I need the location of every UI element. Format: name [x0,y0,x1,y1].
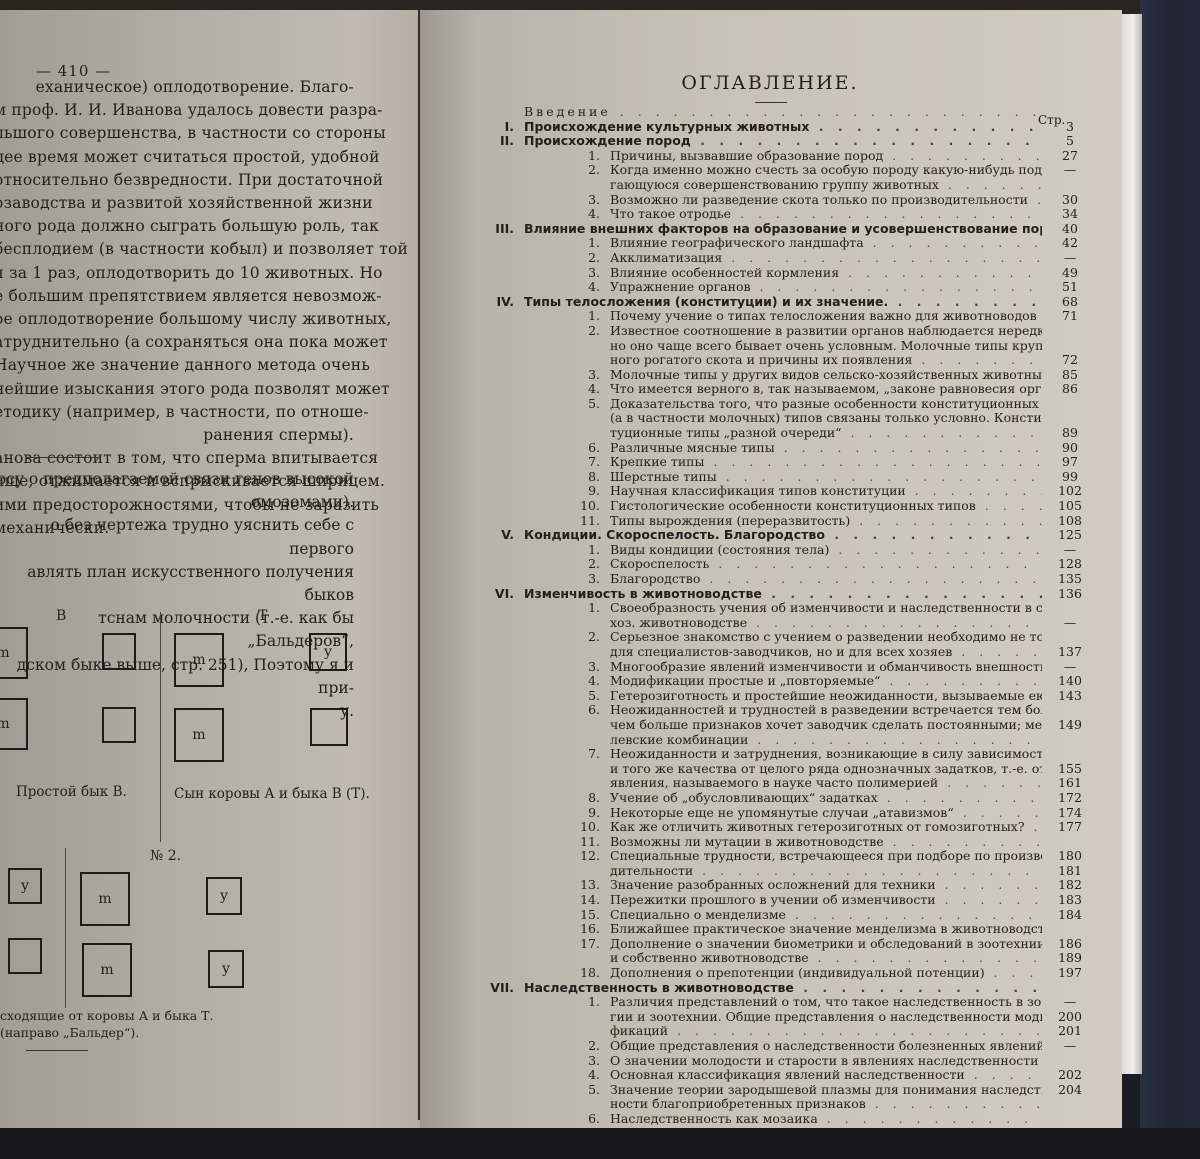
dot-leader: . . . . . . . . . . . . . . . . . . . . … [850,514,1042,528]
toc-entry-number: 17. [560,937,600,952]
toc-chapter: VI.Изменчивость в животноводстве . . . .… [460,587,1110,602]
toc-entry-page: 51 [1050,280,1090,295]
toc-entry-number: 7. [560,455,600,470]
toc-entry-page: 3 [1050,120,1090,135]
toc-entry: 8.Учение об „обусловливающих“ задатках .… [460,791,1110,806]
toc-entry: 4.Модификации простые и „повторяемые“ . … [460,674,1110,689]
toc-entry: 7.Крепкие типы . . . . . . . . . . . . .… [460,455,1110,470]
gene-box-empty [102,633,136,670]
dot-leader: . . . . . . . . . . . . . . . . . . . . … [1037,309,1042,323]
toc-entry-title: Гетерозиготность и простейшие неожиданно… [610,689,1042,704]
toc-entry-page: 42 [1050,236,1090,251]
toc-entry-number: I. [460,120,514,135]
toc-entry: 3.Молочные типы у других видов сельско-х… [460,368,1110,383]
toc-entry-number: V. [460,528,514,543]
toc-entry-number: 8. [560,791,600,806]
toc-entry-page: 201 [1050,1024,1090,1039]
toc-entry-title: (а в частности молочных) типов связаны т… [610,411,1042,426]
toc-entry-page: 140 [1050,674,1090,689]
gene-box-m: m [80,872,130,926]
toc-entry-title: Значение теории зародышевой плазмы для п… [610,1083,1042,1098]
dot-leader: . . . . . . . . . . . . . . . . . . . . … [668,1024,1042,1038]
toc-entry-page: 40 [1050,222,1090,237]
toc-entry: 10.Как же отличить животных гетерозиготн… [460,820,1110,835]
toc-entry-title: ного рогатого скота и причины их появлен… [610,353,1042,368]
toc-entry-page: — [1050,1039,1090,1054]
toc-entry-page: 143 [1050,689,1090,704]
toc-entry: 17.Дополнение о значении биометрики и об… [460,937,1110,952]
toc-entry: 2.Когда именно можно счесть за особую по… [460,163,1110,178]
toc-entry-title: О значении молодости и старости в явлени… [610,1054,1042,1069]
toc-entry-title: Влияние особенностей кормления . . . . .… [610,266,1042,281]
toc-entry-page: 108 [1050,514,1090,529]
toc-entry-number: 6. [560,1112,600,1127]
dot-leader: . . . . . . . . . . . . . . . . . . . . … [818,1112,1042,1126]
toc-entry-title: Благородство . . . . . . . . . . . . . .… [610,572,1042,587]
text-line: ранения спермы). [0,424,354,447]
dot-leader: . . . . . . . . . . . . . . . . . . . . … [691,134,1042,148]
toc-entry-number: 4. [560,382,600,397]
toc-entry-page: 102 [1050,484,1090,499]
toc-entry-title: Серьезное знакомство с учением о разведе… [610,630,1042,645]
toc-entry-number: VI. [460,587,514,602]
toc-entry-number: 3. [560,572,600,587]
dot-leader: . . . . . . . . . . . . . . . . . . . . … [938,776,1042,790]
toc-entry: 1.Влияние географического ландшафта . . … [460,236,1110,251]
toc-entry-title: Происхождение пород . . . . . . . . . . … [524,134,1042,149]
toc-entry-title: Различия представлений о том, что такое … [610,995,1042,1010]
toc-entry-number: 3. [560,193,600,208]
toc-entry-number: 3. [560,266,600,281]
toc-entry-title: ности благоприобретенных признаков . . .… [610,1097,1042,1112]
toc-entry-title: Ближайшее практическое значение менделиз… [610,922,1042,937]
toc-entry: хоз. животноводстве . . . . . . . . . . … [460,616,1110,631]
toc-entry-title: и собственно животноводстве . . . . . . … [610,951,1042,966]
gene-box-y: у [309,633,347,671]
dot-leader: . . . . . . . . . . . . . . . . . . . . … [717,470,1042,484]
section-divider [26,457,98,458]
toc-entry-title: Происхождение культурных животных . . . … [524,120,1042,135]
toc-entry-number: 6. [560,441,600,456]
gene-box-m: m [174,633,224,687]
text-line: бесплодием (в частности кобыл) и позволя… [0,238,354,261]
dot-leader: . . . . . . . . . . . . . . . . . . . . … [809,120,1042,134]
toc-entry-number: 11. [560,514,600,529]
toc-entry-title: гии и зоотехнии. Общие представления о н… [610,1010,1042,1025]
text-line: атруднительно (а сохраняться она пока мо… [0,331,354,354]
toc-entry-page: 186 [1050,937,1090,952]
toc-entry-page: 189 [1050,951,1090,966]
toc-entry-number: 9. [560,806,600,821]
toc-entry-title: Кондиции. Скороспелость. Благородство . … [524,528,1042,543]
toc-entry-title: Доказательства того, что разные особенно… [610,397,1042,412]
toc-entry: 4.Упражнение органов . . . . . . . . . .… [460,280,1110,295]
toc-entry-title: Специально о менделизме . . . . . . . . … [610,908,1042,923]
text-line: озаводства и развитой хозяйственной жизн… [0,192,354,215]
caption-balder: (направо „Бальдер“). [0,1025,139,1040]
dot-leader: . . . . . . . . . . . . . . . . . . . . … [939,178,1042,192]
toc-entry-page: 128 [1050,557,1090,572]
toc-entry: 4.Что имеется верного в, так называемом,… [460,382,1110,397]
toc-entry: 1.Причины, вызвавшие образование пород .… [460,149,1110,164]
toc-entry: 2.Известное соотношение в развитии орган… [460,324,1110,339]
toc-entry-number: 4. [560,674,600,689]
toc-entry-number: 2. [560,557,600,572]
toc-entry: 4.Основная классификация явлений наследс… [460,1068,1110,1083]
toc-entry-title: Когда именно можно счесть за особую поро… [610,163,1042,178]
dot-leader: . . . . . . . . . . . . . . . . . . . . … [842,426,1042,440]
toc-entry-number: IV. [460,295,514,310]
toc-entry-page: 27 [1050,149,1090,164]
toc-entry-number: III. [460,222,514,237]
toc-entry-page: 202 [1050,1068,1090,1083]
toc-entry: 2.Акклиматизация . . . . . . . . . . . .… [460,251,1110,266]
text-line: льшого совершенства, в частности со стор… [0,122,354,145]
dot-leader: . . . . . . . . . . . . . . . . . . . . … [880,674,1042,688]
toc-entry-number: 2. [560,630,600,645]
text-line: ного рода должно сыграть большую роль, т… [0,215,354,238]
toc-entry-title: Пережитки прошлого в учении об изменчиво… [610,893,1042,908]
dot-leader: . . . . . . . . . . . . . . . . . . . . … [809,951,1042,965]
gene-box-y: у [8,868,42,904]
toc-entry: 12.Специальные трудности, встречающееся … [460,849,1110,864]
toc-entry-title: Влияние внешних факторов на образование … [524,222,1042,237]
toc-entry: 14.Пережитки прошлого в учении об изменч… [460,893,1110,908]
caption-son: Сын коровы А и быка В (Т). [174,786,370,802]
toc-entry-page: — [1050,995,1090,1010]
toc-entry-title: Как же отличить животных гетерозиготных … [610,820,1042,835]
dot-leader: . . . . . . . . . . . . . . . . . . . . … [912,353,1042,367]
toc-entry-title: Многообразие явлений изменчивости и обма… [610,660,1042,675]
toc-entry-number: 18. [560,966,600,981]
toc-entry-title: Возможны ли мутации в животноводстве . .… [610,835,1042,850]
toc-entry: 6.Наследственность как мозаика . . . . .… [460,1112,1110,1127]
toc-entry-number: 1. [560,601,600,616]
toc-chapter: IV.Типы телосложения (конституции) и их … [460,295,1110,310]
dot-leader: . . . . . . . . . . . . . . . . . . . . … [704,455,1042,469]
toc-entry-number: 3. [560,368,600,383]
toc-entry-page: 99 [1050,470,1090,485]
gene-box-y: у [206,877,242,915]
dot-leader: . . . . . . . . . . . . . . . . . . . . … [748,733,1042,747]
toc-entry-title: хоз. животноводстве . . . . . . . . . . … [610,616,1042,631]
diagram-label-t: Т [258,608,267,624]
toc-entry: 6.Неожиданностей и трудностей в разведен… [460,703,1110,718]
toc-entry-title: фикаций . . . . . . . . . . . . . . . . … [610,1024,1042,1039]
toc-entry: дительности . . . . . . . . . . . . . . … [460,864,1110,879]
dot-leader: . . . . . . . . . . . . . . . . . . . . … [762,587,1042,601]
toc-entry-page: 71 [1050,309,1090,324]
toc-entry: 9.Научная классификация типов конституци… [460,484,1110,499]
toc-entry-title: для специалистов-заводчиков, но и для вс… [610,645,1042,660]
toc-entry-page: 149 [1050,718,1090,733]
toc-entry: туционные типы „разной очереди“ . . . . … [460,426,1110,441]
toc-entry-page: 204 [1050,1083,1090,1098]
dot-leader: . . . . . . . . . . . . . . . . . . . . … [936,878,1042,892]
toc-entry: 7.Неожиданности и затруднения, возникающ… [460,747,1110,762]
dot-leader: . . . . . . . . . . . . . . . . . . . . … [700,572,1042,586]
toc-entry: гающуюся совершенствованию группу животн… [460,178,1110,193]
toc-entry-page: 180 [1050,849,1090,864]
toc-entry-title: Наследственность в животноводстве . . . … [524,981,1042,996]
toc-entry: ности благоприобретенных признаков . . .… [460,1097,1110,1112]
dot-leader: . . . . . . . . . . . . . . . . . . . . … [888,295,1042,309]
book-bottom-shadow [0,1128,1200,1159]
toc-entry-title: Специальные трудности, встречающееся при… [610,849,1042,864]
text-line: осу о предполагаемой связи генов высокой [0,468,354,491]
toc-entry-title: Различные мясные типы . . . . . . . . . … [610,441,1042,456]
dot-leader: . . . . . . . . . . . . . . . . . . . . … [936,893,1042,907]
toc-entry-title: но оно чаще всего бывает очень условным.… [610,339,1042,354]
toc-entry-title: Дополнение о значении биометрики и обсле… [610,937,1042,952]
toc-entry-page: — [1050,543,1090,558]
caption-simple-bull: Простой бык В. [16,784,127,800]
toc-chapter: II.Происхождение пород . . . . . . . . .… [460,134,1110,149]
toc-chapter: III.Влияние внешних факторов на образова… [460,222,1110,237]
toc-entry-title: Неожиданностей и трудностей в разведении… [610,703,1042,718]
toc-entry-page: 177 [1050,820,1090,835]
dot-leader: . . . . . . . . . . . . . . . . . . . . … [775,441,1042,455]
toc-entry: 2.Скороспелость . . . . . . . . . . . . … [460,557,1110,572]
toc-entry-number: 14. [560,893,600,908]
toc-entry-page: 136 [1050,587,1090,602]
toc-entry-title: дительности . . . . . . . . . . . . . . … [610,864,1042,879]
toc-entry-number: 6. [560,703,600,718]
dot-leader: . . . . . . . . . . . . . . . . . . . . … [839,266,1042,280]
toc-entry-page: 200 [1050,1010,1090,1025]
toc-entry-number: 2. [560,163,600,178]
toc-entry: 13.Значение разобранных осложнений для т… [460,878,1110,893]
toc-entry: 1.Различия представлений о том, что тако… [460,995,1110,1010]
toc-entry: чем больше признаков хочет заводчик сдел… [460,718,1110,733]
toc-chapter: V.Кондиции. Скороспелость. Благородство … [460,528,1110,543]
toc-entry: для специалистов-заводчиков, но и для вс… [460,645,1110,660]
dot-leader: . . . . . . . . . . . . . . . . . . . . … [878,791,1042,805]
toc-entry-title: Причины, вызвавшие образование пород . .… [610,149,1042,164]
text-line: м проф. И. И. Иванова удалось довести ра… [0,99,354,122]
toc-entry-page: 184 [1050,908,1090,923]
text-line: относительно безвредности. При достаточн… [0,169,354,192]
toc-entry-title: Значение разобранных осложнений для техн… [610,878,1042,893]
dot-leader: . . . . . . . . . . . . . . . . . . . . … [965,1068,1042,1082]
toc-entry-title: Общие представления о наследственности б… [610,1039,1042,1054]
toc-entry-page: 5 [1050,134,1090,149]
page-stack-edge [1120,14,1142,1074]
text-line: анова состоит в том, что сперма впитывае… [0,447,354,470]
toc-entry: 8.Шерстные типы . . . . . . . . . . . . … [460,470,1110,485]
toc-entry: 1.Почему учение о типах телосложения важ… [460,309,1110,324]
right-page: ОГЛАВЛЕНИЕ. Стр. Введение . . . . . . . … [420,10,1122,1130]
toc-entry-number: II. [460,134,514,149]
text-line: Научное же значение данного метода очень [0,354,354,377]
toc-entry-title: Основная классификация явлений наследств… [610,1068,1042,1083]
toc-entry-number: 10. [560,820,600,835]
toc-entry-number: 5. [560,1083,600,1098]
dot-leader: . . . . . . . . . . . . . . . . . . . . … [884,835,1042,849]
toc-chapter: VII.Наследственность в животноводстве . … [460,981,1110,996]
toc-entry-page: — [1050,251,1090,266]
text-line: омозомами). [0,491,354,514]
dot-leader: . . . . . . . . . . . . . . . . . . . . … [952,645,1042,659]
toc-entry-title: Своеобразность учения об изменчивости и … [610,601,1042,616]
toc-entry-number: 2. [560,1039,600,1054]
toc-entry-title: Почему учение о типах телосложения важно… [610,309,1042,324]
gene-box-m: m [174,708,224,762]
text-line: я за 1 раз, оплодотворить до 10 животных… [0,262,354,285]
toc-entry-title: Наследственность как мозаика . . . . . .… [610,1112,1042,1127]
gene-box-y: у [208,950,244,988]
text-line: авлять план искусственного получения бык… [0,561,354,607]
toc-entry: 3.Возможно ли разведение скота только по… [460,193,1110,208]
dot-leader: . . . . . . . . . . . . . . . . . . . . … [693,864,1042,878]
toc-entry-number: 1. [560,236,600,251]
dot-leader: . . . . . . . . . . . . . . . . . . . . … [1028,193,1042,207]
toc-entry-title: Некоторые еще не упомянутые случаи „атав… [610,806,1042,821]
toc-entry-page: 183 [1050,893,1090,908]
toc-entry-title: и того же качества от целого ряда однозн… [610,762,1042,777]
dot-leader: . . . . . . . . . . . . . . . . . . . . … [731,207,1042,221]
dot-leader: . . . . . . . . . . . . . . . . . . . . … [866,1097,1042,1111]
toc-entry-page: — [1050,163,1090,178]
toc-entry-title: левские комбинации . . . . . . . . . . .… [610,733,1042,748]
toc-entry-title: Гистологические особенности конституцион… [610,499,1042,514]
toc-entry-page: 182 [1050,878,1090,893]
toc-entry: 3.Благородство . . . . . . . . . . . . .… [460,572,1110,587]
dot-leader: . . . . . . . . . . . . . . . . . . . . … [976,499,1042,513]
toc-intro: Введение . . . . . . . . . . . . . . . .… [460,105,1110,120]
dot-leader: . . . . . . . . . . . . . . . . . . . . … [611,105,1042,119]
dot-leader: . . . . . . . . . . . . . . . . . . . . … [1039,397,1042,411]
toc-entry: но оно чаще всего бывает очень условным.… [460,339,1110,354]
toc-entry-page: 105 [1050,499,1090,514]
toc-entry-title: Неожиданности и затруднения, возникающие… [610,747,1042,762]
toc-entry-page: 135 [1050,572,1090,587]
gene-box-m: m [0,698,28,750]
toc-entry: левские комбинации . . . . . . . . . . .… [460,733,1110,748]
toc-entry-number: 1. [560,543,600,558]
toc-entry-number: 4. [560,280,600,295]
dot-leader: . . . . . . . . . . . . . . . . . . . . … [722,251,1042,265]
toc-entry: ного рогатого скота и причины их появлен… [460,353,1110,368]
toc-entry-number: 12. [560,849,600,864]
diagram-divider [65,848,66,1008]
dot-leader: . . . . . . . . . . . . . . . . . . . . … [829,543,1042,557]
toc-entry: 15.Специально о менделизме . . . . . . .… [460,908,1110,923]
toc-entry: 2.Общие представления о наследственности… [460,1039,1110,1054]
toc-entry: 11.Типы вырождения (переразвитость) . . … [460,514,1110,529]
toc-entry-number: 8. [560,470,600,485]
toc-entry-title: Молочные типы у других видов сельско-хоз… [610,368,1042,383]
toc-entry-title: Что имеется верного в, так называемом, „… [610,382,1042,397]
dot-leader: . . . . . . . . . . . . . . . . . . . . … [883,149,1042,163]
dot-leader: . . . . . . . . . . . . . . . . . . . . … [786,908,1042,922]
text-line: етодику (например, в частности, по отнош… [0,401,354,424]
toc-entry: 6.Различные мясные типы . . . . . . . . … [460,441,1110,456]
toc-entry-page: 125 [1050,528,1090,543]
toc-entry-title: Модификации простые и „повторяемые“ . . … [610,674,1042,689]
toc-entry-number: 2. [560,251,600,266]
toc-entry-number: 11. [560,835,600,850]
toc-entry-title: Учение об „обусловливающих“ задатках . .… [610,791,1042,806]
toc-entry-number: 16. [560,922,600,937]
toc-entry-page: 86 [1050,382,1090,397]
toc-entry: 1.Виды кондиции (состояния тела) . . . .… [460,543,1110,558]
toc-entry-title: Влияние географического ландшафта . . . … [610,236,1042,251]
toc-entry-title: Крепкие типы . . . . . . . . . . . . . .… [610,455,1042,470]
toc-entry-page: 89 [1050,426,1090,441]
toc-entry-number: 4. [560,207,600,222]
toc-entry-page: — [1050,660,1090,675]
toc-entry-page: 90 [1050,441,1090,456]
toc-entry-title: явления, называемого в науке часто полим… [610,776,1042,791]
toc-entry-number: 1. [560,995,600,1010]
toc-entry: 4.Что такое отродье . . . . . . . . . . … [460,207,1110,222]
gene-box-empty [102,707,136,743]
diagram-2-label: № 2. [150,848,181,864]
toc-entry: и того же качества от целого ряда однозн… [460,762,1110,777]
toc-entry-title: Упражнение органов . . . . . . . . . . .… [610,280,1042,295]
toc-entry-title: Акклиматизация . . . . . . . . . . . . .… [610,251,1042,266]
toc-entry-number: 1. [560,149,600,164]
toc-entry: 1.Своеобразность учения об изменчивости … [460,601,1110,616]
toc-entry-page: 172 [1050,791,1090,806]
toc-entry-page: 85 [1050,368,1090,383]
toc-title: ОГЛАВЛЕНИЕ. [620,72,920,94]
toc-entry-page: 49 [1050,266,1090,281]
toc-entry-number: 15. [560,908,600,923]
toc-entry: и собственно животноводстве . . . . . . … [460,951,1110,966]
toc-entry-page: 30 [1050,193,1090,208]
toc-entry-title: Шерстные типы . . . . . . . . . . . . . … [610,470,1042,485]
toc-entry-title: Виды кондиции (состояния тела) . . . . .… [610,543,1042,558]
text-line: ое оплодотворение большому числу животны… [0,308,354,331]
dot-leader: . . . . . . . . . . . . . . . . . . . . … [825,528,1042,542]
toc-entry-number: 10. [560,499,600,514]
toc-entry-title: Что такое отродье . . . . . . . . . . . … [610,207,1042,222]
toc-entry-number: 2. [560,324,600,339]
text-line: еханическое) оплодотворение. Благо- [0,76,354,99]
toc-entry-page: 197 [1050,966,1090,981]
text-line: е большим препятствием является невозмож… [0,285,354,308]
diagram-divider [160,612,161,842]
toc-entry: 2.Серьезное знакомство с учением о разве… [460,630,1110,645]
toc-entry-number: 3. [560,660,600,675]
dot-leader: . . . . . . . . . . . . . . . . . . . . … [954,806,1042,820]
toc-entry-title: Изменчивость в животноводстве . . . . . … [524,587,1042,602]
toc-entry: 5.Значение теории зародышевой плазмы для… [460,1083,1110,1098]
toc-entry: 3.Влияние особенностей кормления . . . .… [460,266,1110,281]
toc-entry-page: 137 [1050,645,1090,660]
toc-entry-number: 5. [560,397,600,412]
diagram-divider [160,810,161,840]
toc-entry-title: Типы вырождения (переразвитость) . . . .… [610,514,1042,529]
toc-entry: 11.Возможны ли мутации в животноводстве … [460,835,1110,850]
toc-chapter: I.Происхождение культурных животных . . … [460,120,1110,135]
dot-leader: . . . . . . . . . . . . . . . . . . . . … [864,236,1042,250]
toc-entry-page: — [1050,616,1090,631]
diagram-label-b: В [56,608,66,624]
toc-entry-number: VII. [460,981,514,996]
toc-entry-title: Введение . . . . . . . . . . . . . . . .… [524,105,1042,120]
toc-entry-page: 174 [1050,806,1090,821]
dot-leader: . . . . . . . . . . . . . . . . . . . . … [985,966,1042,980]
toc-entry: 16.Ближайшее практическое значение менде… [460,922,1110,937]
toc-entry-title: Скороспелость . . . . . . . . . . . . . … [610,557,1042,572]
dot-leader: . . . . . . . . . . . . . . . . . . . . … [906,484,1042,498]
toc-entry-title: Типы телосложения (конституции) и их зна… [524,295,1042,310]
toc-entry: (а в частности молочных) типов связаны т… [460,411,1110,426]
dot-leader: . . . . . . . . . . . . . . . . . . . . … [794,981,1042,995]
